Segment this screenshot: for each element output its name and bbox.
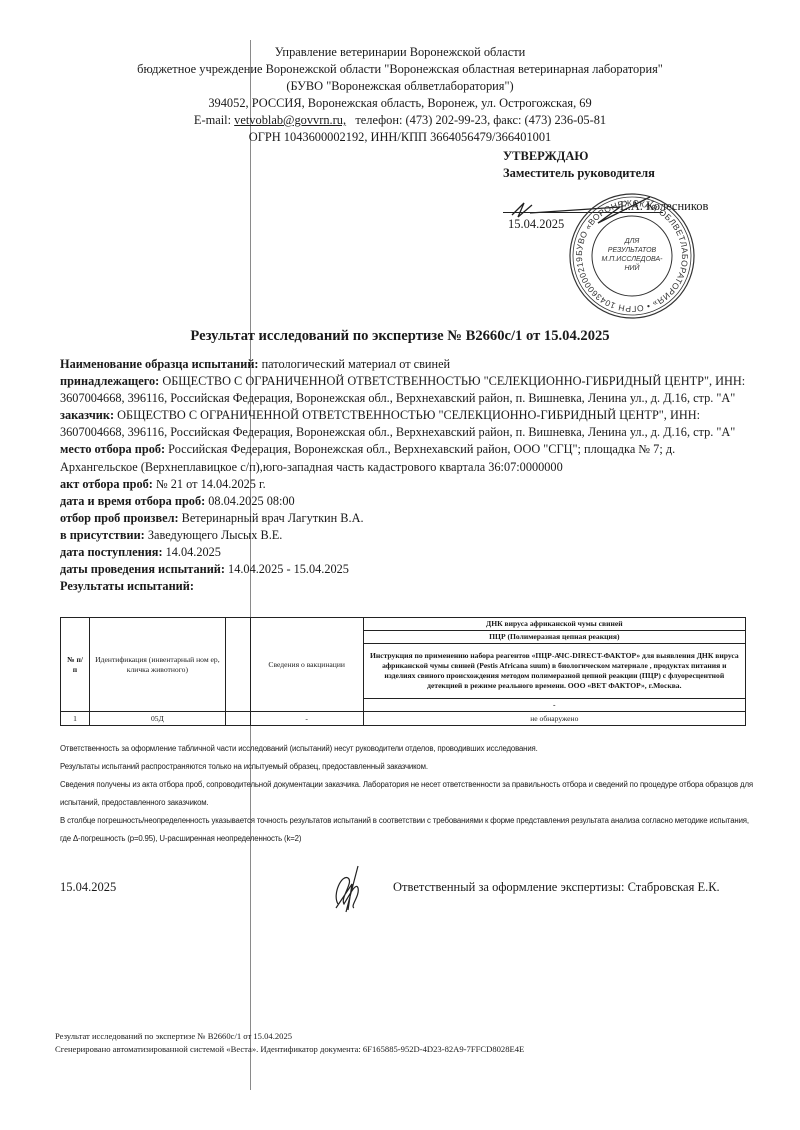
field-owner: принадлежащего: ОБЩЕСТВО С ОГРАНИЧЕННОЙ …	[60, 373, 750, 407]
note-responsibility: Ответственность за оформление табличной …	[60, 740, 760, 758]
cell-ident: 05Д	[89, 712, 225, 726]
approval-date: 15.04.2025	[508, 217, 564, 232]
email-label: E-mail:	[194, 113, 231, 127]
svg-text:НИЙ: НИЙ	[624, 263, 640, 272]
field-sampling-datetime: дата и время отбора проб: 08.04.2025 08:…	[60, 493, 750, 510]
field-test-dates: даты проведения испытаний: 14.04.2025 - …	[60, 561, 750, 578]
approval-position: Заместитель руководителя	[503, 165, 655, 182]
header-indicator: ДНК вируса африканской чумы свиней	[363, 618, 745, 631]
field-sample-name: Наименование образца испытаний: патологи…	[60, 356, 750, 373]
cell-extra	[225, 712, 250, 726]
footer-date: 15.04.2025	[60, 880, 116, 895]
svg-text:РЕЗУЛЬТАТОВ: РЕЗУЛЬТАТОВ	[608, 247, 657, 254]
page-title: Результат исследований по экспертизе № В…	[170, 328, 630, 345]
field-sampled-by: отбор проб произвел: Ветеринарный врач Л…	[60, 510, 750, 527]
cell-num: 1	[61, 712, 90, 726]
field-sampling-place: место отбора проб: Российская Федерация,…	[60, 441, 750, 475]
table-row: 1 05Д - не обнаружено	[61, 712, 746, 726]
header-ident: Идентификация (инвентарный ном ер, кличк…	[89, 618, 225, 712]
results-heading: Результаты испытаний:	[60, 578, 750, 595]
approval-block: УТВЕРЖДАЮ Заместитель руководителя	[503, 148, 655, 182]
field-sampling-act: акт отбора проб: № 21 от 14.04.2025 г.	[60, 476, 750, 493]
field-customer: заказчик: ОБЩЕСТВО С ОГРАНИЧЕННОЙ ОТВЕТС…	[60, 407, 750, 441]
org-parent: Управление ветеринарии Воронежской облас…	[100, 44, 700, 61]
sample-info: Наименование образца испытаний: патологи…	[60, 356, 750, 595]
cell-result: не обнаружено	[363, 712, 745, 726]
header-method-short: ПЦР (Полимеразная цепная реакция)	[363, 631, 745, 644]
header-empty	[225, 618, 250, 712]
header-vaccination: Сведения о вакцинации	[250, 618, 363, 712]
org-contacts: E-mail: vetvoblab@govvrn.ru, телефон: (4…	[100, 112, 700, 129]
footer-doc-id: Сгенерировано автоматизированной системо…	[55, 1043, 524, 1056]
header-uncertainty: -	[363, 699, 745, 712]
results-table: № п/п Идентификация (инвентарный ном ер,…	[60, 617, 746, 726]
letterhead: Управление ветеринарии Воронежской облас…	[100, 44, 700, 146]
note-scope: Результаты испытаний распространяются то…	[60, 758, 760, 776]
field-in-presence: в присутствии: Заведующего Лысых В.Е.	[60, 527, 750, 544]
note-source: Сведения получены из акта отбора проб, с…	[60, 776, 760, 812]
header-num: № п/п	[61, 618, 90, 712]
approval-title: УТВЕРЖДАЮ	[503, 148, 655, 165]
signature-responsible-icon	[328, 864, 373, 914]
org-name: бюджетное учреждение Воронежской области…	[100, 61, 700, 78]
svg-text:ДЛЯ: ДЛЯ	[624, 238, 640, 245]
responsible-person: Ответственный за оформление экспертизы: …	[393, 880, 720, 895]
svg-text:М.П.ИССЛЕДОВА-: М.П.ИССЛЕДОВА-	[602, 256, 664, 263]
cell-vaccination: -	[250, 712, 363, 726]
header-method-doc: Инструкция по применению набора реагенто…	[363, 644, 745, 699]
email-link[interactable]: vetvoblab@govvrn.ru,	[234, 113, 346, 127]
notes: Ответственность за оформление табличной …	[60, 740, 760, 848]
document-footer: Результат исследований по экспертизе № В…	[55, 1030, 524, 1056]
note-uncertainty: В столбце погрешность/неопределенность у…	[60, 812, 760, 848]
org-address: 394052, РОССИЯ, Воронежская область, Вор…	[100, 95, 700, 112]
org-registration: ОГРН 1043600002192, ИНН/КПП 3664056479/3…	[100, 129, 700, 146]
table-header-row: № п/п Идентификация (инвентарный ном ер,…	[61, 618, 746, 631]
footer-doc-ref: Результат исследований по экспертизе № В…	[55, 1030, 524, 1043]
phones: телефон: (473) 202-99-23, факс: (473) 23…	[355, 113, 606, 127]
field-received-date: дата поступления: 14.04.2025	[60, 544, 750, 561]
official-stamp-icon: БУВО «ВОРОНЕЖСКАЯ ОБЛВЕТЛАБОРАТОРИЯ» • О…	[567, 191, 697, 321]
org-short-name: (БУВО "Воронежская облветлаборатория")	[100, 78, 700, 95]
